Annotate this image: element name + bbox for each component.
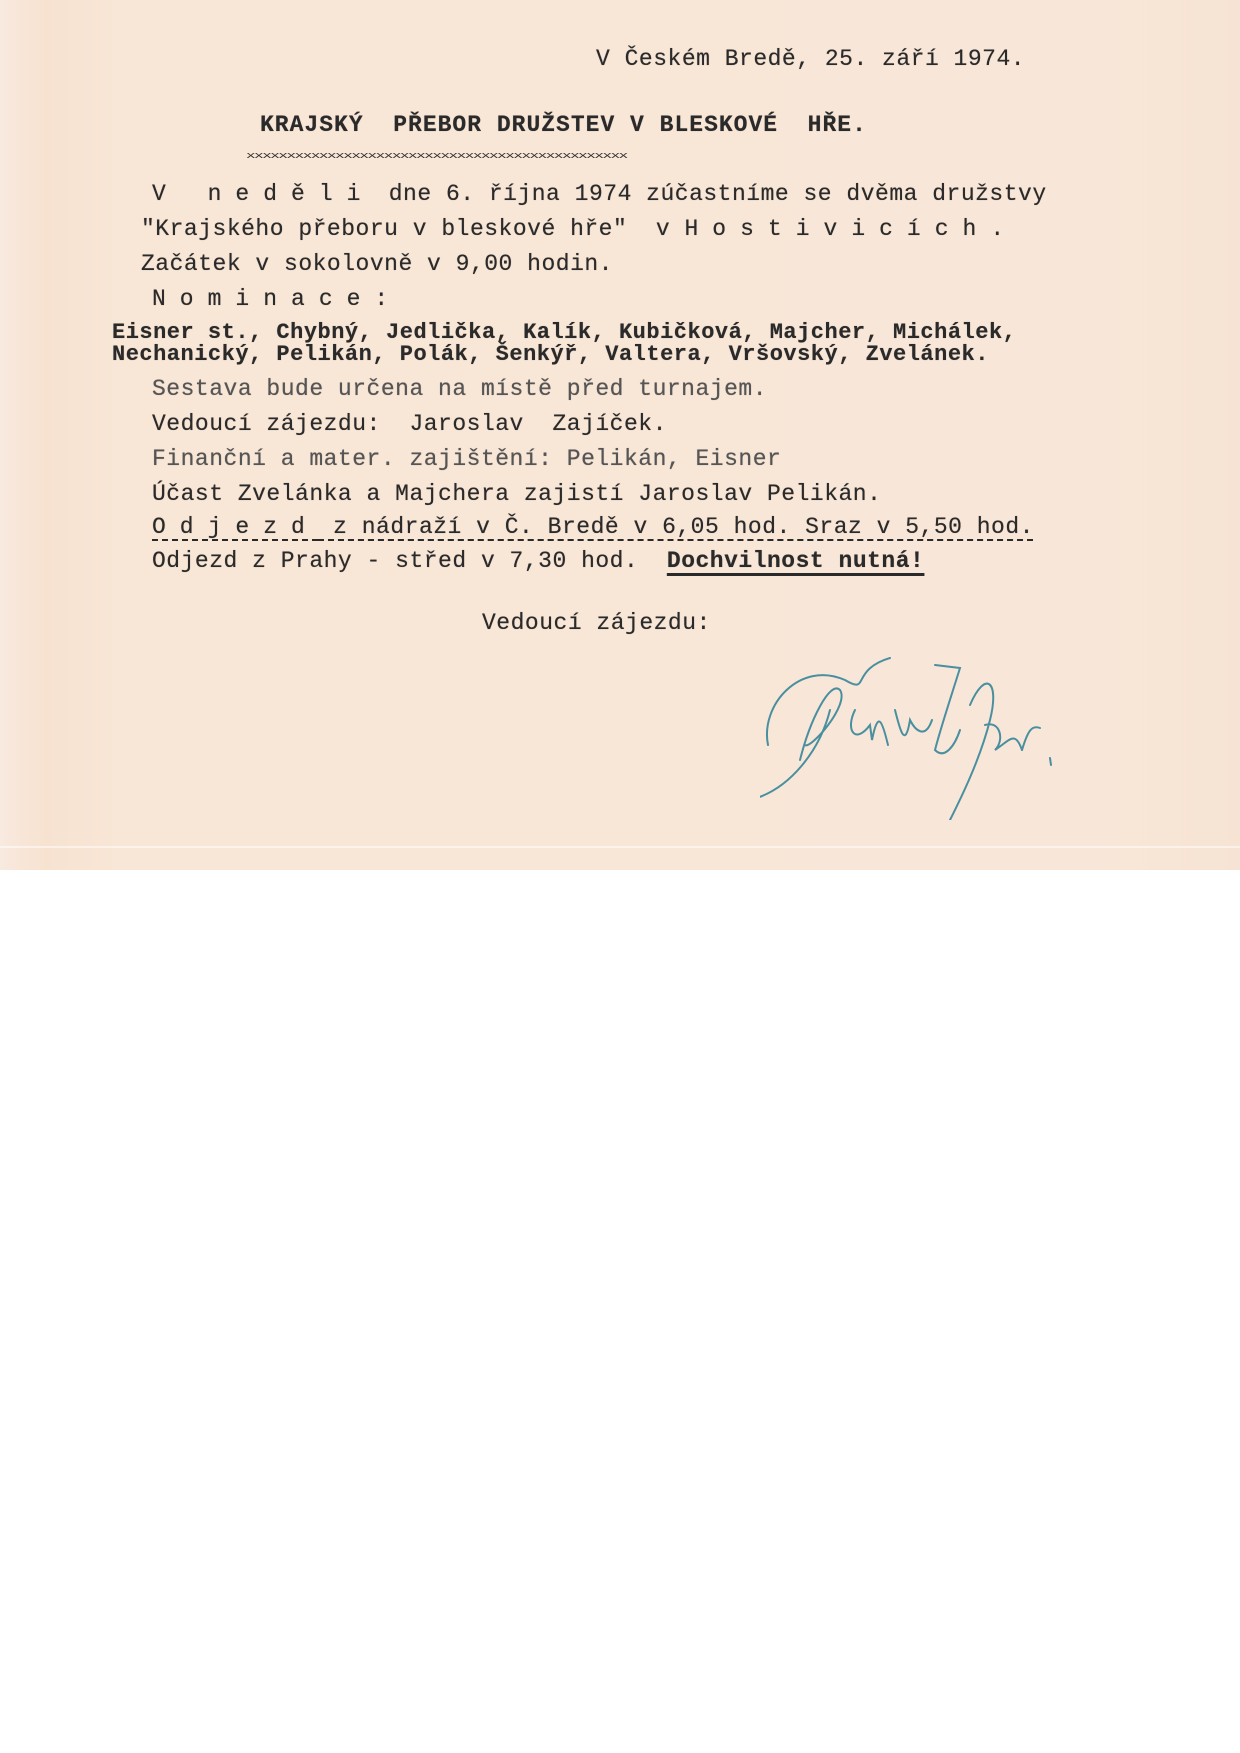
intro-place: Hostivicích. — [685, 216, 1019, 242]
intro-rest: dne 6. října 1974 zúčastníme se dvěma dr… — [389, 181, 1047, 207]
departure-label: Odjezd — [152, 514, 319, 540]
prague-departure: Odjezd z Prahy - střed v 7,30 hod. — [152, 548, 667, 574]
note-participation: Účast Zvelánka a Majchera zajistí Jarosl… — [152, 481, 881, 507]
intro-line-1: V neděli dne 6. října 1974 zúčastníme se… — [152, 181, 1047, 207]
prague-line: Odjezd z Prahy - střed v 7,30 hod. Dochv… — [152, 548, 924, 574]
intro-quote: "Krajského přeboru v bleskové hře" v — [141, 216, 670, 242]
note-finance: Finanční a mater. zajištění: Pelikán, Ei… — [152, 446, 781, 472]
note-leader: Vedoucí zájezdu: Jaroslav Zajíček. — [152, 411, 667, 437]
paper-sheet: V Českém Bredě, 25. září 1974. KRAJSKÝ P… — [0, 0, 1240, 870]
punctuality-note: Dochvilnost nutná! — [667, 548, 924, 574]
paper-fold — [0, 846, 1240, 848]
departure-line: Odjezd z nádraží v Č. Bredě v 6,05 hod. … — [152, 514, 1034, 540]
title-underline-rule: xxxxxxxxxxxxxxxxxxxxxxxxxxxxxxxxxxxxxxxx… — [246, 151, 627, 161]
nominations-line-2: Nechanický, Pelikán, Polák, Šenkýř, Valt… — [112, 342, 989, 367]
document-title: KRAJSKÝ PŘEBOR DRUŽSTEV V BLESKOVÉ HŘE. — [260, 112, 867, 138]
place-date: V Českém Bredě, 25. září 1974. — [596, 46, 1025, 72]
intro-spaced-word: V neděli — [152, 181, 374, 207]
handwritten-signature: Zajíček Jar. — [760, 650, 1100, 820]
intro-line-2: "Krajského přeboru v bleskové hře" v Hos… — [141, 216, 1018, 242]
signature-label: Vedoucí zájezdu: — [482, 610, 711, 636]
nominations-heading: Nominace: — [152, 286, 402, 312]
intro-line-3: Začátek v sokolovně v 9,00 hodin. — [141, 251, 613, 277]
departure-details: z nádraží v Č. Bredě v 6,05 hod. Sraz v … — [319, 514, 1034, 540]
note-lineup: Sestava bude určena na místě před turnaj… — [152, 376, 767, 402]
